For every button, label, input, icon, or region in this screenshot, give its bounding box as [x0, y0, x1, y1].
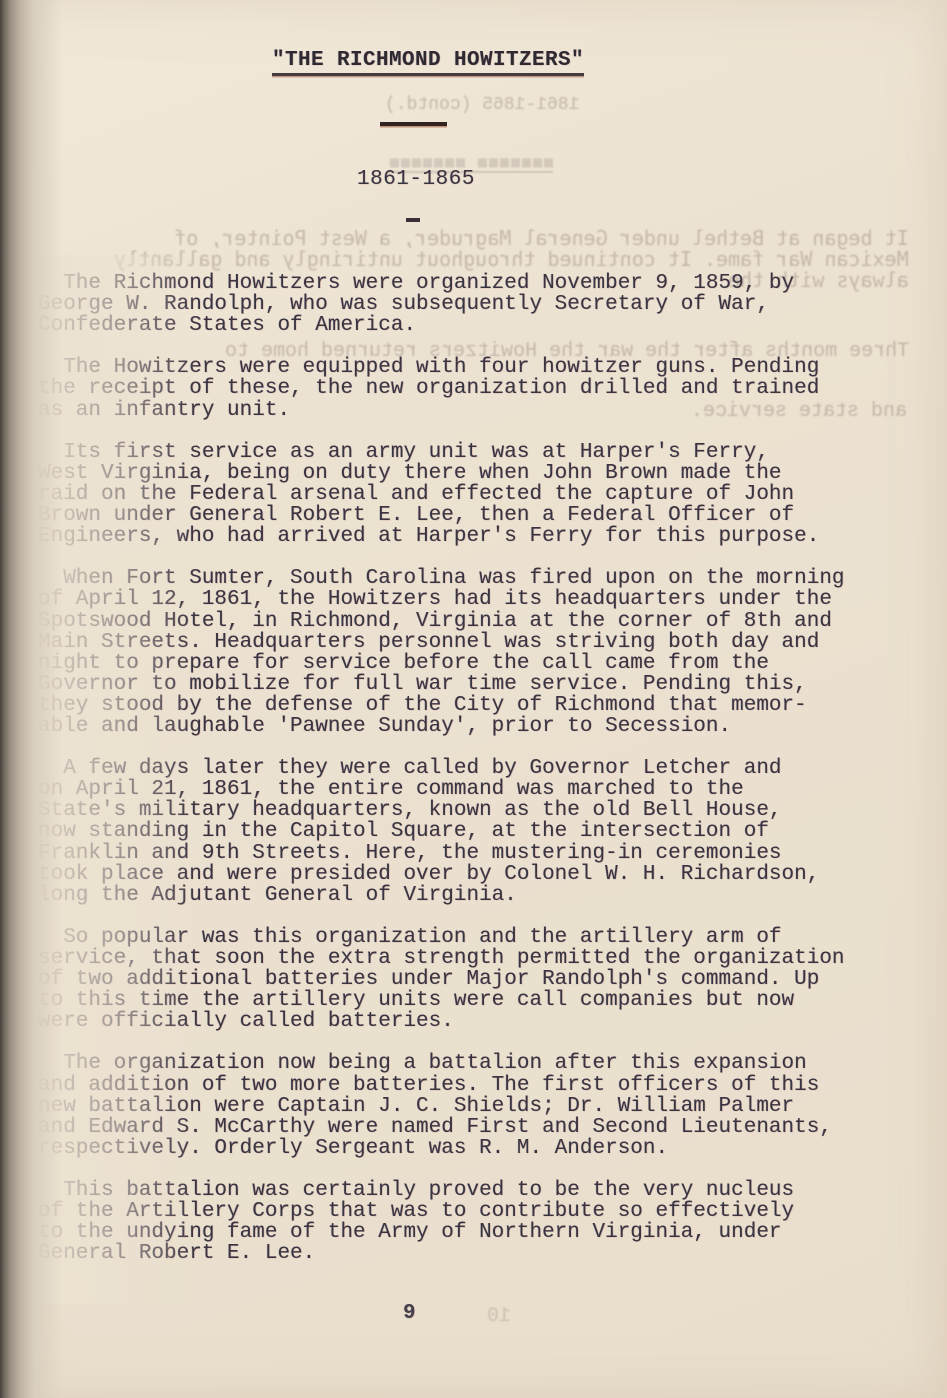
ghost-bleedthrough-page-number: 10 — [487, 1306, 511, 1327]
subtitle-dash — [406, 218, 420, 222]
page-title: "THE RICHMOND HOWITZERS" — [272, 49, 584, 76]
paragraph-additional-batteries: So popular was this organization and the… — [38, 927, 845, 1032]
date-range-heading: 1861-1865 — [357, 168, 475, 191]
paragraph-mustering-in: A few days later they were called by Gov… — [38, 758, 845, 906]
book-page: 1861-1865 (contd.) ▄▄▄▄▄▄▄ ▄▄▄▄▄▄▄ It be… — [0, 0, 947, 1398]
paragraph-harpers-ferry: Its first service as an army unit was at… — [38, 442, 845, 547]
paragraph-fort-sumter: When Fort Sumter, South Carolina was fir… — [38, 568, 845, 737]
page-number: 9 — [403, 1302, 416, 1325]
paragraph-nucleus: This battalion was certainly proved to b… — [38, 1180, 845, 1264]
paragraph-organized-1859: The Richmond Howitzers were organized No… — [38, 273, 845, 336]
paragraph-equipment: The Howitzers were equipped with four ho… — [38, 357, 845, 420]
paragraph-battalion-officers: The organization now being a battalion a… — [38, 1053, 845, 1158]
ghost-bleedthrough-heading: 1861-1865 (contd.) — [385, 95, 579, 116]
title-separator-rule — [380, 122, 447, 126]
body-text: The Richmond Howitzers were organized No… — [38, 273, 845, 1286]
